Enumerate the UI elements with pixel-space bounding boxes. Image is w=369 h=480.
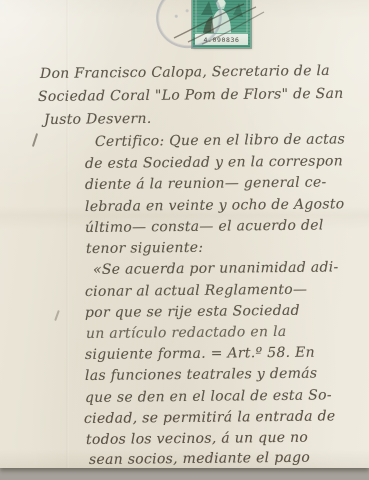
handwritten-line: tenor siguiente: (86, 240, 204, 257)
handwritten-line: un artículo redactado en la (86, 324, 287, 342)
handwritten-line: lebrada en veinte y ocho de Agosto (85, 196, 345, 215)
handwritten-line: ciedad, se permitirá la entrada de (84, 408, 336, 427)
handwritten-line: todos los vecinos, á un que no (86, 430, 308, 448)
handwritten-line: Sociedad Coral "Lo Pom de Flors" de San (38, 86, 344, 105)
handwritten-line: sean socios, mediante el pago (89, 450, 310, 468)
handwritten-line: Justo Desvern. (44, 111, 152, 128)
document-photo: 4.090836 Don Francisco Calopa, Secretari… (0, 0, 369, 480)
handwritten-line: siguiente forma. = Art.º 58. En (85, 345, 315, 363)
handwritten-line: por que se rije esta Sociedad (85, 303, 300, 321)
handwritten-line: Certifico: Que en el libro de actas (95, 131, 345, 150)
manuscript-page: 4.090836 Don Francisco Calopa, Secretari… (0, 0, 369, 468)
handwritten-line: de esta Sociedad y en la correspon (85, 153, 343, 172)
handwritten-line: diente á la reunion— general ce- (85, 174, 327, 193)
handwritten-line: que se den en el local de esta So- (85, 387, 332, 406)
handwritten-line: cionar al actual Reglamento— (85, 282, 307, 300)
handwritten-line: Don Francisco Calopa, Secretario de la (40, 63, 330, 82)
handwritten-text-block: Don Francisco Calopa, Secretario de la S… (0, 0, 369, 468)
handwritten-line: último— consta— el acuerdo del (85, 218, 324, 236)
handwritten-line: «Se acuerda por unanimidad adi- (93, 259, 339, 278)
handwritten-line: las funciones teatrales y demás (85, 366, 318, 384)
